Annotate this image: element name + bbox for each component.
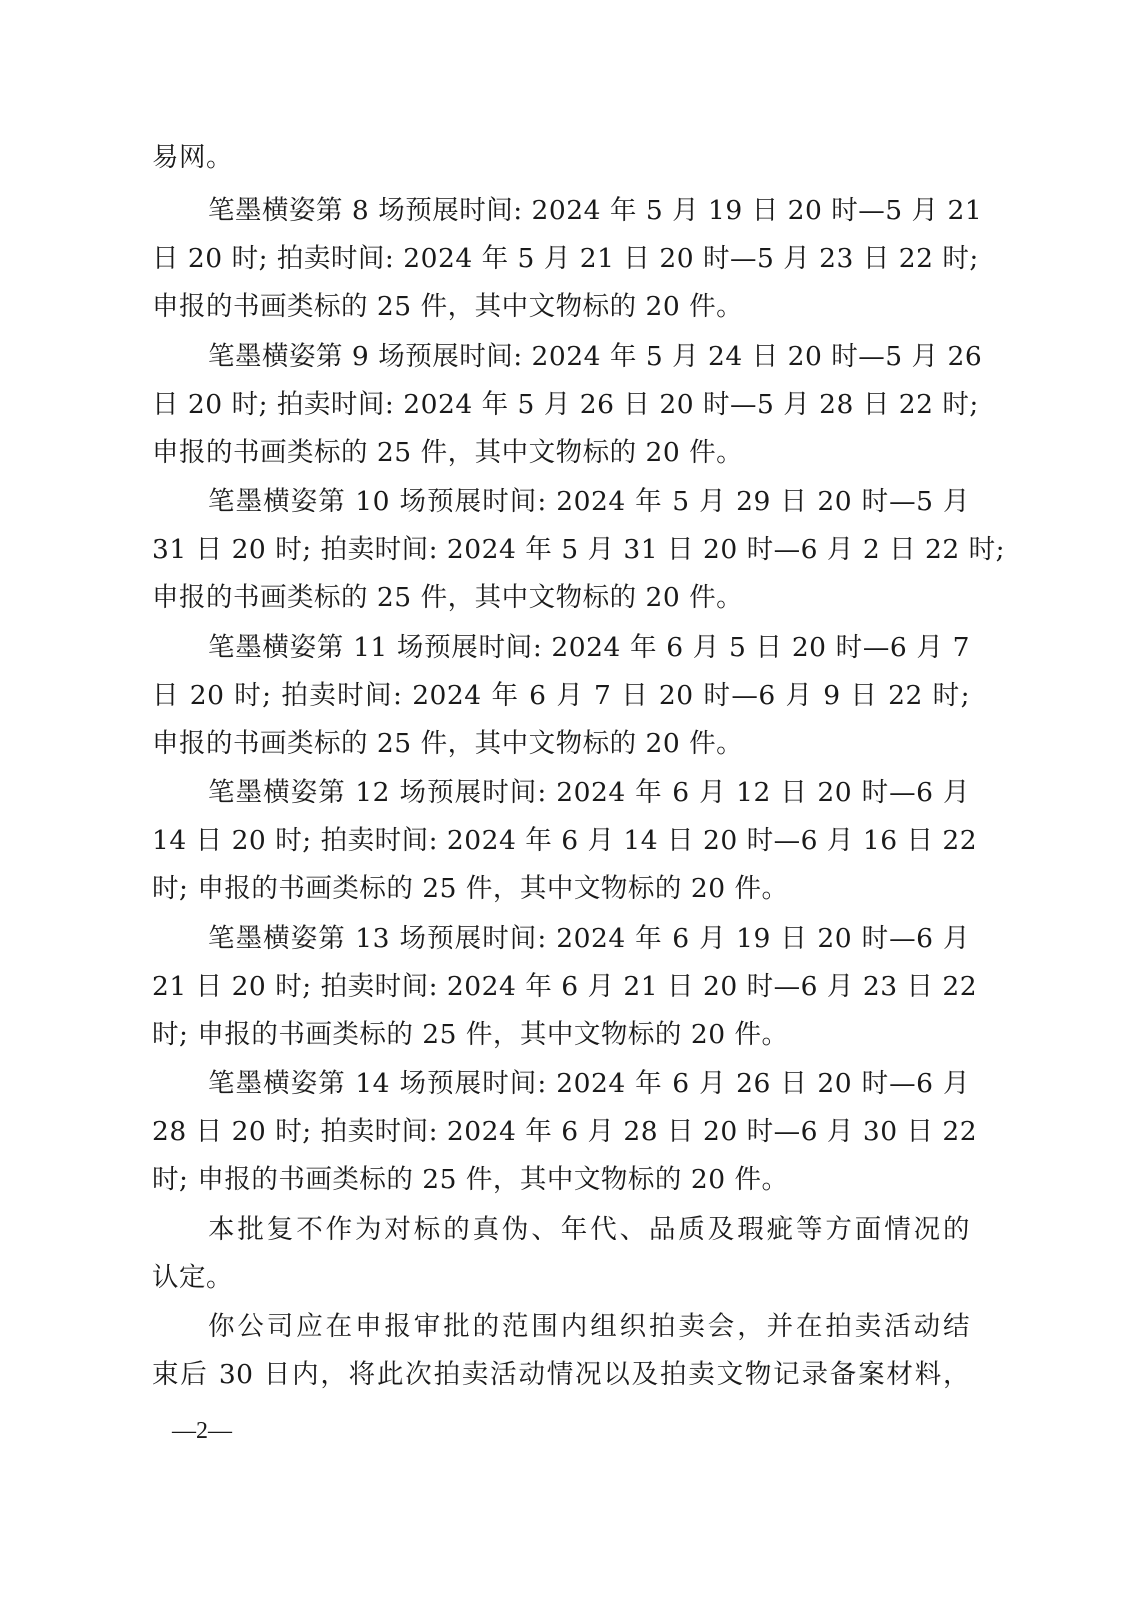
disclaimer-line-2: 认定。 xyxy=(152,1260,970,1296)
session-12-line-1: 笔墨横姿第 12 场预展时间: 2024 年 6 月 12 日 20 时—6 月 xyxy=(208,775,970,811)
session-8-line-2: 日 20 时; 拍卖时间: 2024 年 5 月 21 日 20 时—5 月 2… xyxy=(152,241,970,277)
paragraph-continuation: 易网。 xyxy=(152,140,970,176)
session-9-line-2: 日 20 时; 拍卖时间: 2024 年 5 月 26 日 20 时—5 月 2… xyxy=(152,387,970,423)
document-page: 易网。 笔墨横姿第 8 场预展时间: 2024 年 5 月 19 日 20 时—… xyxy=(0,0,1132,1600)
session-14-line-3: 时; 申报的书画类标的 25 件，其中文物标的 20 件。 xyxy=(152,1162,970,1198)
session-10-line-1: 笔墨横姿第 10 场预展时间: 2024 年 5 月 29 日 20 时—5 月 xyxy=(208,484,970,520)
disclaimer-line-1: 本批复不作为对标的真伪、年代、品质及瑕疵等方面情况的 xyxy=(208,1212,970,1248)
session-11-line-1: 笔墨横姿第 11 场预展时间: 2024 年 6 月 5 日 20 时—6 月 … xyxy=(208,630,970,666)
session-14-line-2: 28 日 20 时; 拍卖时间: 2024 年 6 月 28 日 20 时—6 … xyxy=(152,1114,970,1150)
session-11-line-2: 日 20 时; 拍卖时间: 2024 年 6 月 7 日 20 时—6 月 9 … xyxy=(152,678,970,714)
session-10-line-3: 申报的书画类标的 25 件，其中文物标的 20 件。 xyxy=(152,580,970,616)
page-number: —2— xyxy=(172,1416,232,1446)
session-11-line-3: 申报的书画类标的 25 件，其中文物标的 20 件。 xyxy=(152,726,970,762)
instruction-line-1: 你公司应在申报审批的范围内组织拍卖会，并在拍卖活动结 xyxy=(208,1309,970,1345)
session-13-line-1: 笔墨横姿第 13 场预展时间: 2024 年 6 月 19 日 20 时—6 月 xyxy=(208,921,970,957)
session-8-line-3: 申报的书画类标的 25 件，其中文物标的 20 件。 xyxy=(152,289,970,325)
session-12-line-3: 时; 申报的书画类标的 25 件，其中文物标的 20 件。 xyxy=(152,871,970,907)
session-13-line-3: 时; 申报的书画类标的 25 件，其中文物标的 20 件。 xyxy=(152,1017,970,1053)
session-9-line-1: 笔墨横姿第 9 场预展时间: 2024 年 5 月 24 日 20 时—5 月 … xyxy=(208,339,970,375)
session-9-line-3: 申报的书画类标的 25 件，其中文物标的 20 件。 xyxy=(152,435,970,471)
instruction-line-2: 束后 30 日内，将此次拍卖活动情况以及拍卖文物记录备案材料， xyxy=(152,1357,970,1393)
session-13-line-2: 21 日 20 时; 拍卖时间: 2024 年 6 月 21 日 20 时—6 … xyxy=(152,969,970,1005)
session-10-line-2: 31 日 20 时; 拍卖时间: 2024 年 5 月 31 日 20 时—6 … xyxy=(152,532,970,568)
session-14-line-1: 笔墨横姿第 14 场预展时间: 2024 年 6 月 26 日 20 时—6 月 xyxy=(208,1066,970,1102)
session-8-line-1: 笔墨横姿第 8 场预展时间: 2024 年 5 月 19 日 20 时—5 月 … xyxy=(208,193,970,229)
session-12-line-2: 14 日 20 时; 拍卖时间: 2024 年 6 月 14 日 20 时—6 … xyxy=(152,823,970,859)
